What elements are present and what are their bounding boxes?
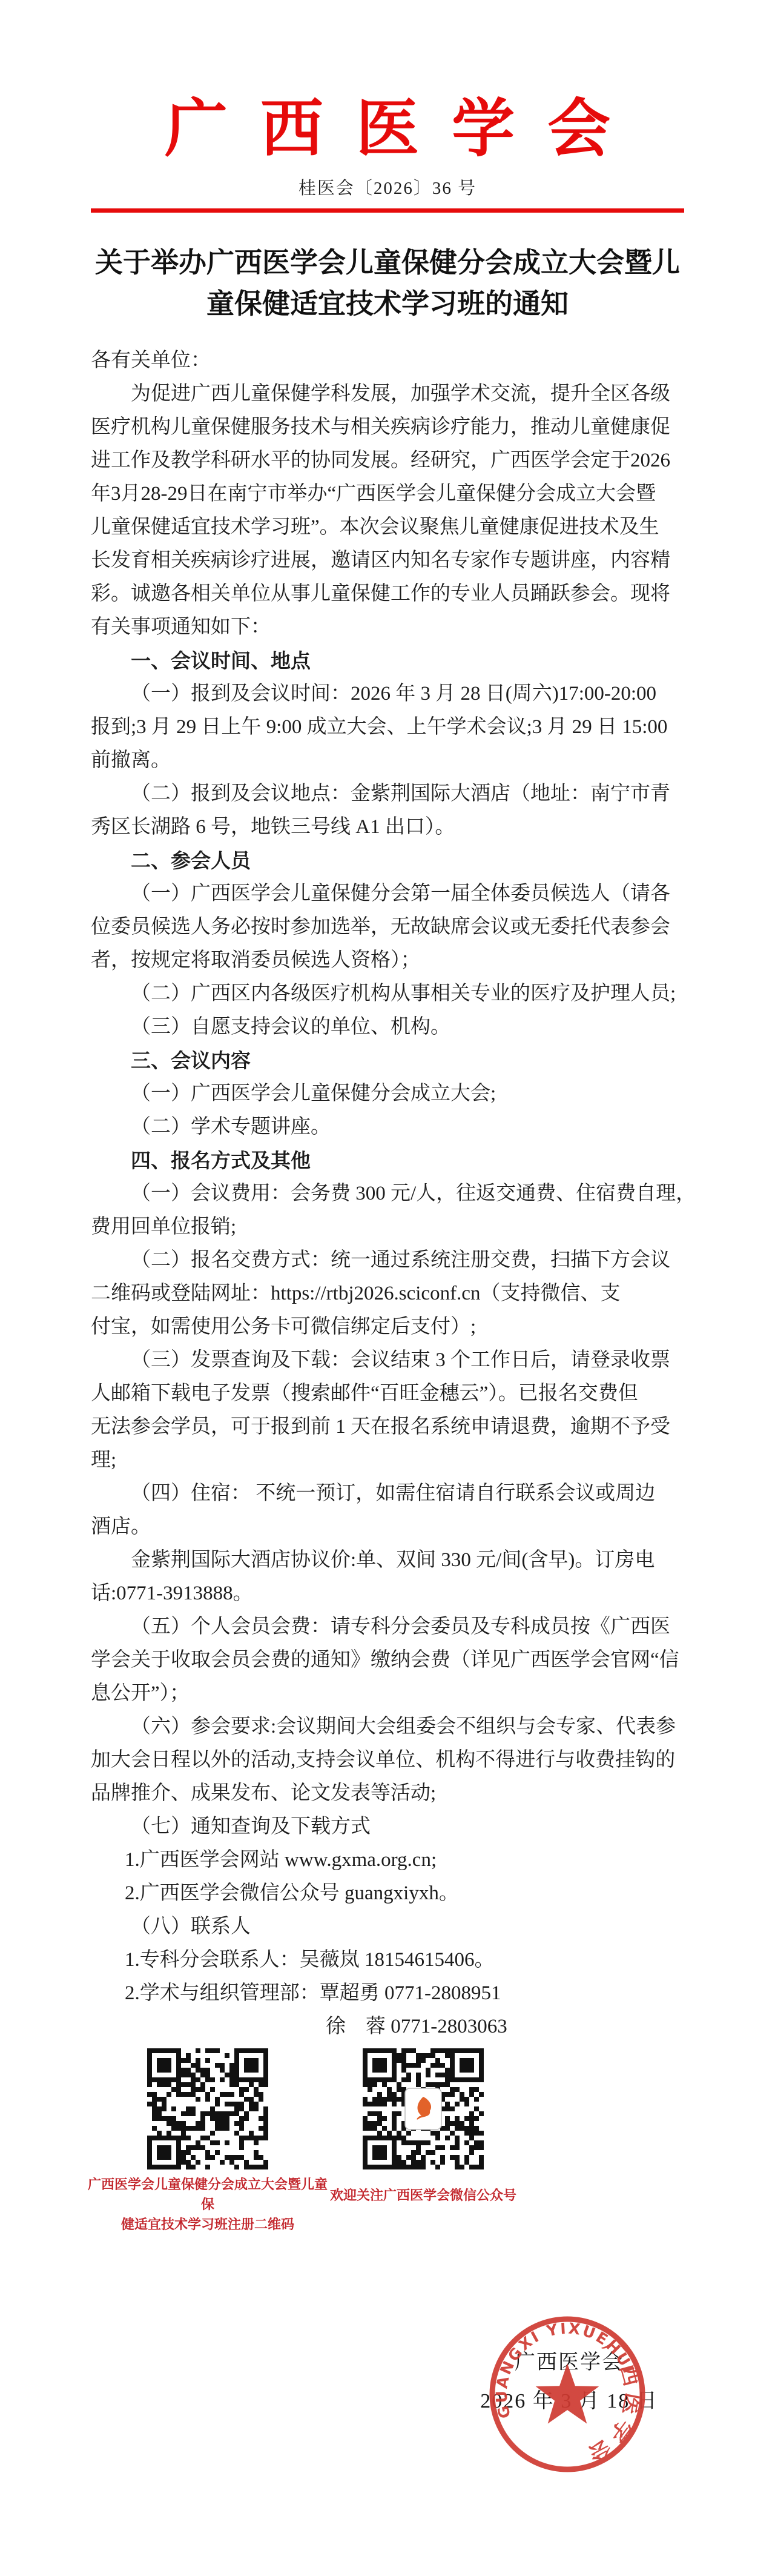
body-line: 付宝，如需使用公务卡可微信绑定后支付）; — [91, 1310, 685, 1344]
section-heading: 一、会议时间、地点 — [131, 644, 685, 677]
seal-chinese-text: 广西医学会 — [581, 2334, 645, 2469]
section-heading: 四、报名方式及其他 — [131, 1144, 685, 1177]
body-line: （二）广西区内各级医疗机构从事相关专业的医疗及护理人员; — [131, 977, 685, 1011]
body-line: 金紫荆国际大酒店协议价:单、双间 330 元/间(含早)。订房电 — [131, 1544, 685, 1577]
section-heading: 三、会议内容 — [131, 1044, 685, 1077]
official-seal: GUANGXI YIXUEHUI 广西医学会 — [483, 2309, 652, 2479]
body-line: 有关事项通知如下： — [91, 611, 685, 644]
body-line: （五）个人会员会费：请专科分会委员及专科成员按《广西医 — [131, 1610, 685, 1644]
body-line: （六）参会要求:会议期间大会组委会不组织与会专家、代表参 — [131, 1710, 685, 1744]
doc-title-line2: 童保健适宜技术学习班的通知 — [206, 288, 569, 319]
body-line: 进工作及教学科研水平的协同发展。经研究，广西医学会定于2026 — [91, 444, 685, 477]
body-line: 2.广西医学会微信公众号 guangxiyxh。 — [125, 1877, 685, 1910]
body-line: （一）广西医学会儿童保健分会第一届全体委员候选人（请各 — [131, 877, 685, 911]
body-line: （八）联系人 — [131, 1910, 685, 1944]
body-line: 报到;3 月 29 日上午 9:00 成立大会、上午学术会议;3 月 29 日 … — [91, 711, 685, 744]
body-line: 者，按规定将取消委员候选人资格）； — [91, 944, 685, 977]
body-line: （一）广西医学会儿童保健分会成立大会; — [131, 1077, 685, 1110]
body-line: 医疗机构儿童保健服务技术与相关疾病诊疗能力，推动儿童健康促 — [91, 411, 685, 444]
document-body: 各有关单位：为促进广西儿童保健学科发展，加强学术交流，提升全区各级医疗机构儿童保… — [91, 344, 685, 2043]
body-line: （三）发票查询及下载：会议结束 3 个工作日后，请登录收票 — [131, 1344, 685, 1377]
document-page: 广西医学会 桂医会〔2026〕36 号 关于举办广西医学会儿童保健分会成立大会暨… — [0, 0, 775, 2576]
wechat-qr-caption: 欢迎关注广西医学会微信公众号 — [299, 2186, 547, 2206]
body-line: 理; — [91, 1444, 685, 1477]
doc-title: 关于举办广西医学会儿童保健分会成立大会暨儿童保健适宜技术学习班的通知 — [42, 242, 733, 325]
wechat-qr-code — [360, 2045, 487, 2173]
body-line: 加大会日程以外的活动,支持会议单位、机构不得进行与收费挂钩的 — [91, 1744, 685, 1777]
body-line: （二）报名交费方式：统一通过系统注册交费，扫描下方会议 — [131, 1244, 685, 1277]
body-line: 彩。诚邀各相关单位从事儿童保健工作的专业人员踊跃参会。现将 — [91, 577, 685, 611]
doc-number: 桂医会〔2026〕36 号 — [0, 174, 775, 199]
body-line: 2.学术与组织管理部：覃超勇 0771-2808951 — [125, 1977, 685, 2010]
body-line: 品牌推介、成果发布、论文发表等活动; — [91, 1777, 685, 1810]
body-line: （二）报到及会议地点：金紫荆国际大酒店（地址：南宁市青 — [131, 777, 685, 811]
body-line: （三）自愿支持会议的单位、机构。 — [131, 1011, 685, 1044]
body-line: 酒店。 — [91, 1510, 685, 1544]
body-line: 息公开”）； — [91, 1677, 685, 1710]
registration-qr-code — [144, 2045, 271, 2173]
body-line: 徐 蓉 0771-2803063 — [326, 2010, 685, 2043]
body-line: 1.专科分会联系人：吴薇岚 18154615406。 — [125, 1944, 685, 1977]
registration-qr-caption-line2: 健适宜技术学习班注册二维码 — [84, 2215, 332, 2235]
body-line: 秀区长湖路 6 号，地铁三号线 A1 出口）。 — [91, 811, 685, 844]
body-line: 1.广西医学会网站 www.gxma.org.cn; — [125, 1844, 685, 1877]
body-line: （一）会议费用：会务费 300 元/人，往返交通费、住宿费自理， — [131, 1177, 685, 1210]
body-line: 人邮箱下载电子发票（搜索邮件“百旺金穗云”）。已报名交费但 — [91, 1377, 685, 1410]
body-line: 二维码或登陆网址：https://rtbj2026.sciconf.cn（支持微… — [91, 1277, 685, 1310]
doc-title-line1: 关于举办广西医学会儿童保健分会成立大会暨儿 — [95, 247, 680, 278]
registration-qr-caption: 广西医学会儿童保健分会成立大会暨儿童保 健适宜技术学习班注册二维码 — [84, 2175, 332, 2235]
body-line: 儿童保健适宜技术学习班”。本次会议聚焦儿童健康促进技术及生 — [91, 511, 685, 544]
body-line: 费用回单位报销; — [91, 1210, 685, 1244]
body-line: （二）学术专题讲座。 — [131, 1110, 685, 1144]
body-line: 话:0771-3913888。 — [91, 1577, 685, 1610]
body-line: 各有关单位： — [91, 344, 685, 377]
body-line: 年3月28-29日在南宁市举办“广西医学会儿童保健分会成立大会暨 — [91, 477, 685, 511]
org-header-title: 广西医学会 — [16, 78, 775, 168]
body-line: （一）报到及会议时间：2026 年 3 月 28 日(周六)17:00-20:0… — [131, 677, 685, 711]
body-line: （七）通知查询及下载方式 — [131, 1810, 685, 1844]
registration-qr-caption-line1: 广西医学会儿童保健分会成立大会暨儿童保 — [84, 2175, 332, 2215]
body-line: 为促进广西儿童保健学科发展，加强学术交流，提升全区各级 — [131, 377, 685, 411]
body-line: 长发育相关疾病诊疗进展，邀请区内知名专家作专题讲座，内容精 — [91, 544, 685, 577]
body-line: 前撤离。 — [91, 744, 685, 777]
seal-star — [536, 2363, 599, 2424]
body-line: 无法参会学员，可于报到前 1 天在报名系统申请退费，逾期不予受 — [91, 1410, 685, 1444]
section-heading: 二、参会人员 — [131, 844, 685, 877]
red-divider-line — [91, 208, 684, 213]
body-line: 学会关于收取会员会费的通知》缴纳会费（详见广西医学会官网“信 — [91, 1644, 685, 1677]
body-line: 位委员候选人务必按时参加选举，无故缺席会议或无委托代表参会 — [91, 911, 685, 944]
body-line: （四）住宿： 不统一预订，如需住宿请自行联系会议或周边 — [131, 1477, 685, 1510]
